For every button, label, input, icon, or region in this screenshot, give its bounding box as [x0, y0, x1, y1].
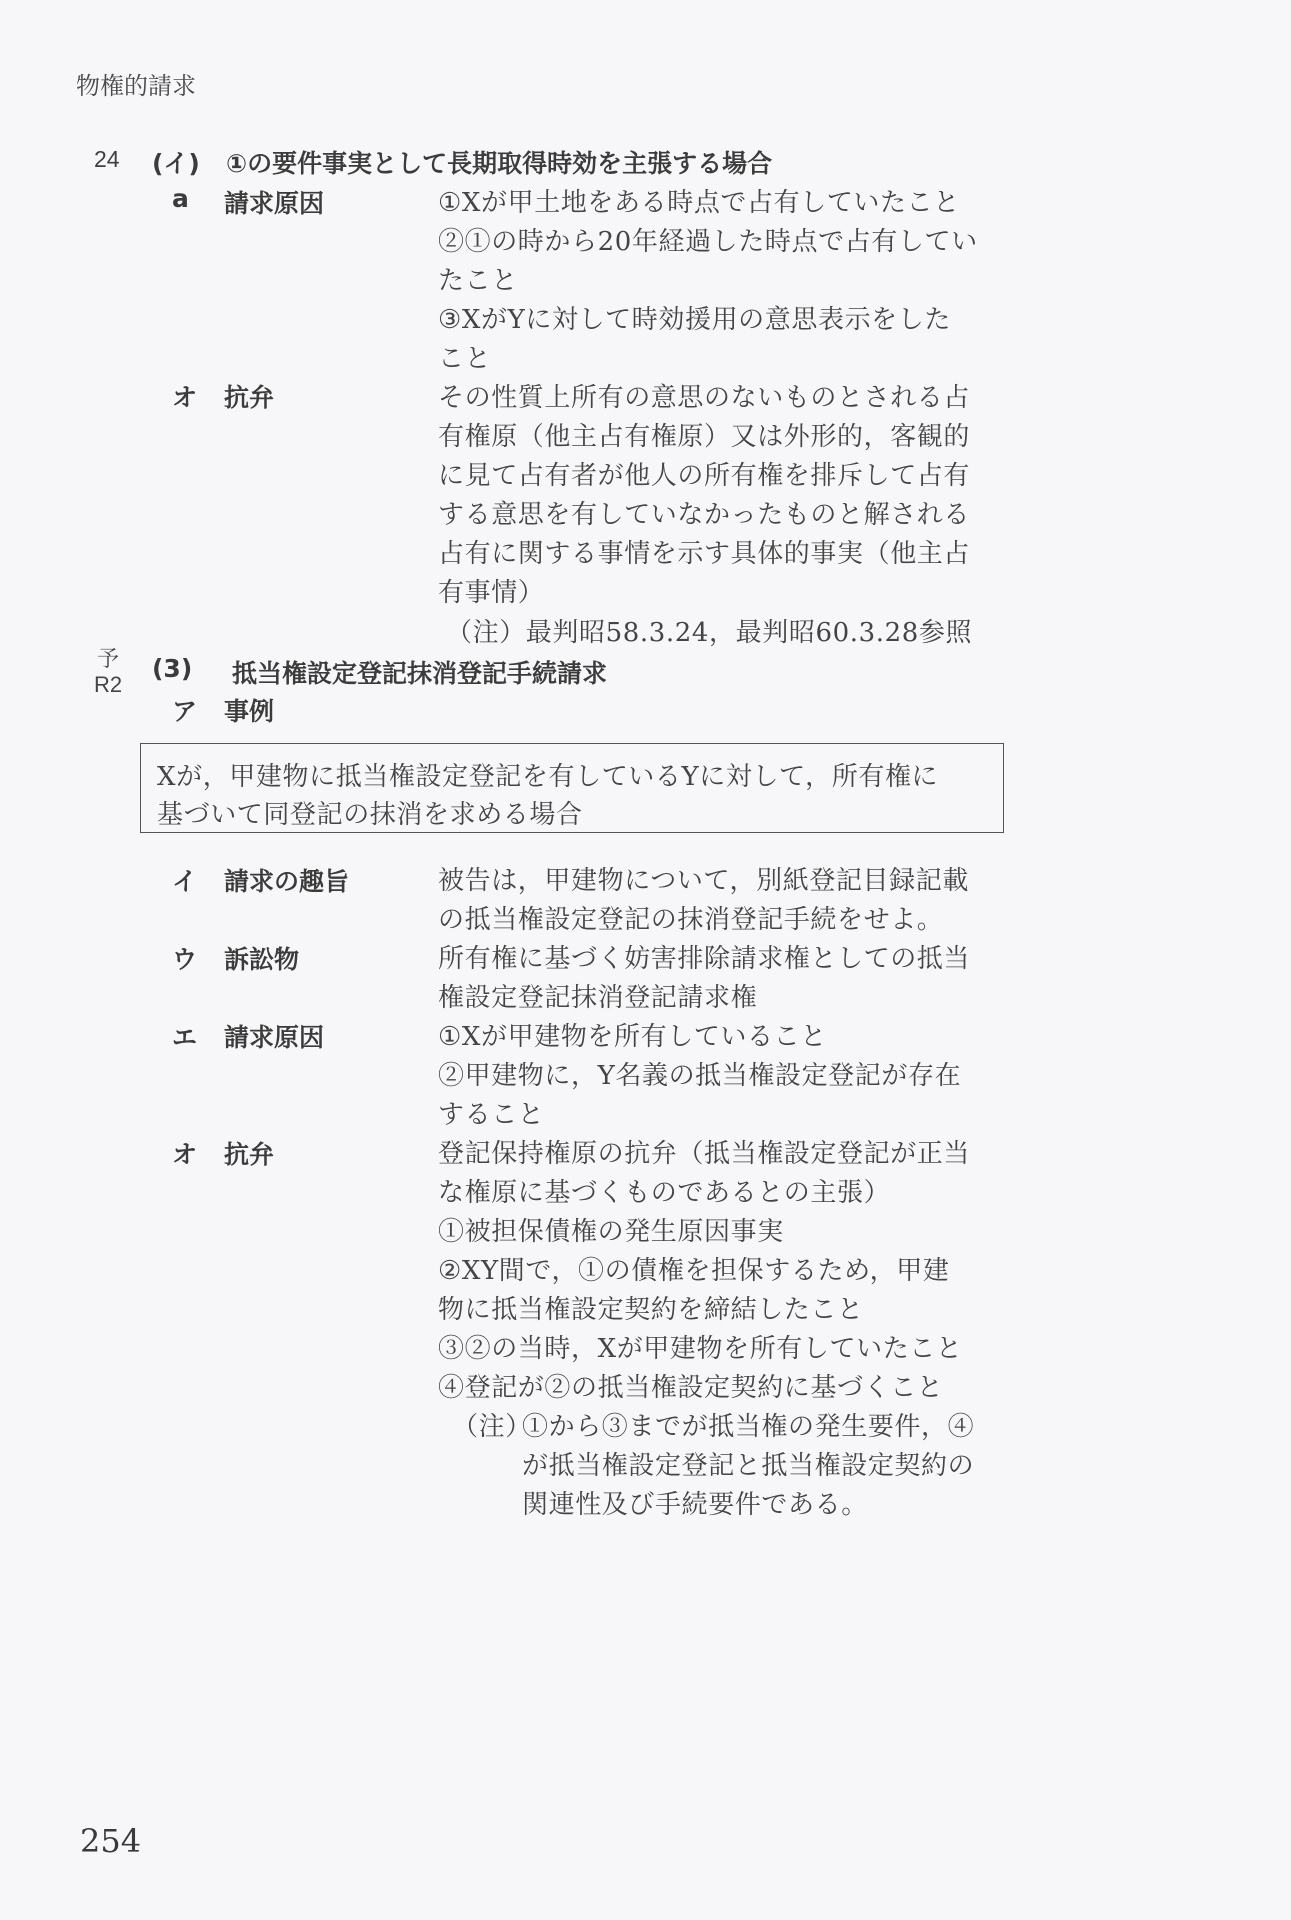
item-marker: ウ — [172, 940, 197, 976]
item-label: 抗弁 — [224, 378, 274, 414]
paragraph-number: 24 — [94, 146, 120, 173]
exam-tag: 予 R2 — [94, 646, 122, 698]
section-heading: ①の要件事実として長期取得時効を主張する場合 — [226, 144, 772, 180]
item-label: 請求原因 — [224, 1018, 324, 1054]
body-line: 占有に関する事情を示す具体的事実（他主占 — [438, 533, 970, 570]
body-line: 被告は，甲建物について，別紙登記目録記載 — [438, 860, 969, 897]
body-line: ②XY間で，①の債権を担保するため，甲建 — [438, 1250, 949, 1287]
body-line: ②①の時から20年経過した時点で占有してい — [438, 221, 978, 258]
body-line: する意思を有していなかったものと解される — [438, 494, 970, 531]
case-box: Xが，甲建物に抵当権設定登記を有しているYに対して，所有権に 基づいて同登記の抹… — [140, 743, 1004, 833]
body-line: その性質上所有の意思のないものとされる占 — [438, 377, 970, 414]
item-label: 抗弁 — [224, 1135, 274, 1171]
body-line: 有事情） — [438, 572, 544, 609]
body-line: たこと — [438, 260, 518, 297]
body-line: ③②の当時，Xが甲建物を所有していたこと — [438, 1328, 963, 1365]
section-heading: 抵当権設定登記抹消登記手続請求 — [232, 654, 607, 690]
note-label: （注） — [452, 1406, 532, 1443]
item-marker: オ — [172, 378, 197, 414]
body-line: 有権原（他主占有権原）又は外形的，客観的 — [438, 416, 970, 453]
note-line: が抵当権設定登記と抵当権設定契約の — [522, 1445, 974, 1482]
note-line: 関連性及び手続要件である。 — [522, 1484, 868, 1521]
running-head: 物権的請求 — [76, 66, 196, 101]
item-label: 請求原因 — [224, 184, 324, 220]
body-line: 物に抵当権設定契約を締結したこと — [438, 1289, 864, 1326]
body-line: こと — [438, 338, 491, 375]
heading-marker: (イ) — [152, 144, 200, 180]
body-line: に見て占有者が他人の所有権を排斥して占有 — [438, 455, 970, 492]
case-line: Xが，甲建物に抵当権設定登記を有しているYに対して，所有権に — [157, 756, 938, 793]
item-label: 訴訟物 — [224, 940, 299, 976]
body-line: ①Xが甲建物を所有していること — [438, 1016, 827, 1053]
body-line: ①Xが甲土地をある時点で占有していたこと — [438, 182, 960, 219]
item-marker: イ — [172, 862, 197, 898]
exam-tag-line: 予 — [94, 646, 122, 672]
item-marker: a — [172, 184, 189, 213]
body-line: ①被担保債権の発生原因事実 — [438, 1211, 784, 1248]
body-line: すること — [438, 1094, 544, 1131]
note: （注）最判昭58.3.24，最判昭60.3.28参照 — [446, 612, 972, 649]
case-line: 基づいて同登記の抹消を求める場合 — [157, 794, 583, 831]
exam-tag-line: R2 — [94, 672, 122, 698]
heading-marker: (3) — [152, 654, 192, 683]
item-marker: エ — [172, 1018, 197, 1054]
item-label: 請求の趣旨 — [224, 862, 349, 898]
item-marker: ア — [172, 692, 197, 728]
body-line: な権原に基づくものであるとの主張） — [438, 1172, 890, 1209]
item-marker: オ — [172, 1135, 197, 1171]
body-line: ③XがYに対して時効援用の意思表示をした — [438, 299, 951, 336]
body-line: 権設定登記抹消登記請求権 — [438, 977, 757, 1014]
body-line: ②甲建物に，Y名義の抵当権設定登記が存在 — [438, 1055, 961, 1092]
body-line: 登記保持権原の抗弁（抵当権設定登記が正当 — [438, 1133, 970, 1170]
body-line: の抵当権設定登記の抹消登記手続をせよ。 — [438, 899, 943, 936]
page-number: 254 — [80, 1822, 141, 1860]
item-label: 事例 — [224, 692, 274, 728]
note-line: ①から③までが抵当権の発生要件，④ — [522, 1406, 974, 1443]
body-line: 所有権に基づく妨害排除請求権としての抵当 — [438, 938, 970, 975]
body-line: ④登記が②の抵当権設定契約に基づくこと — [438, 1367, 943, 1404]
